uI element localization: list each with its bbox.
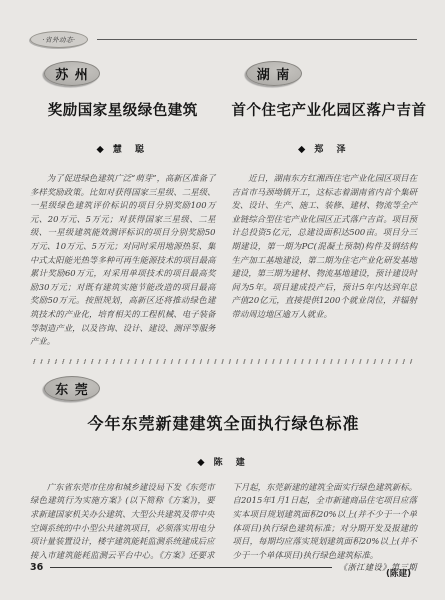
article-body-columns: 广东省东莞市住房和城乡建设局下发《东莞市绿色建筑行为实施方案》(以下简称《方案》… <box>30 481 417 563</box>
page-number: 36 <box>30 562 43 573</box>
byline-hunan: ◆郑 泽 <box>232 142 418 155</box>
article-dongguan: 东 莞 今年东莞新建建筑全面执行绿色标准 ◆陈 建 广东省东莞市住房和城乡建设局… <box>30 370 417 580</box>
region-tag-suzhou: 苏 州 <box>44 61 100 86</box>
category-tag: ·省外动态· <box>30 31 88 48</box>
region-tag-hunan: 湖 南 <box>246 61 302 86</box>
article-body-suzhou: 为了促进绿色建筑广泛“萌芽”，高新区准备了多样奖励政策。比如对获得国家三星级、二… <box>30 172 216 349</box>
article-hunan: 湖 南 首个住宅产业化园区落户吉首 ◆郑 泽 近日，湖南东方红湘西住宅产业化园区… <box>232 55 418 349</box>
article-title-dongguan: 今年东莞新建建筑全面执行绿色标准 <box>30 414 417 434</box>
author-name: 慧 聪 <box>113 145 149 155</box>
diamond-icon: ◆ <box>97 144 104 155</box>
header-rule <box>97 39 417 40</box>
author-name: 郑 泽 <box>314 145 350 155</box>
article-body-dongguan: 广东省东莞市住房和城乡建设局下发《东莞市绿色建筑行为实施方案》(以下简称《方案》… <box>30 481 417 563</box>
article-title-hunan: 首个住宅产业化园区落户吉首 <box>232 101 418 121</box>
region-tag-dongguan: 东 莞 <box>44 376 100 401</box>
byline-dongguan: ◆陈 建 <box>30 455 417 468</box>
section-divider <box>32 359 415 364</box>
article-suzhou: 苏 州 奖励国家星级绿色建筑 ◆慧 聪 为了促进绿色建筑广泛“萌芽”，高新区准备… <box>30 55 216 349</box>
page-header: ·省外动态· <box>30 30 417 48</box>
author-name: 陈 建 <box>214 458 250 468</box>
byline-suzhou: ◆慧 聪 <box>30 142 216 155</box>
magazine-page: ·省外动态· 苏 州 奖励国家星级绿色建筑 ◆慧 聪 为了促进绿色建筑广泛“萌芽… <box>0 0 445 600</box>
diamond-icon: ◆ <box>298 144 305 155</box>
footer-rule <box>50 567 332 568</box>
diamond-icon: ◆ <box>197 457 204 468</box>
article-body-hunan: 近日，湖南东方红湘西住宅产业化园区项目在吉首市马颈坳镇开工，这标志着湖南省内首个… <box>232 172 418 322</box>
page-footer: 36 《浙江建设》第三期 <box>30 562 417 573</box>
top-articles-row: 苏 州 奖励国家星级绿色建筑 ◆慧 聪 为了促进绿色建筑广泛“萌芽”，高新区准备… <box>30 55 417 349</box>
journal-issue: 《浙江建设》第三期 <box>339 562 417 573</box>
article-title-suzhou: 奖励国家星级绿色建筑 <box>30 101 216 121</box>
